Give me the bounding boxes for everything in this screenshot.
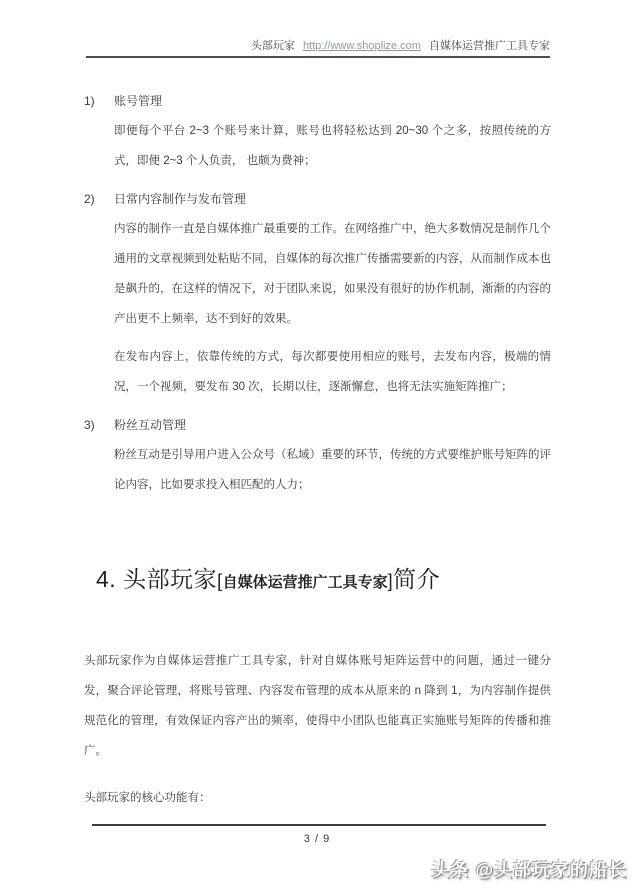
numbered-list: 1) 账号管理 即便每个平台 2~3 个账号来计算，账号也将轻松达到 20~30… bbox=[84, 84, 551, 508]
paragraph: 内容的制作一直是自媒体推广最重要的工作。在网络推广中，绝大多数情况是制作几个通用… bbox=[114, 214, 551, 334]
list-item: 2) 日常内容制作与发布管理 内容的制作一直是自媒体推广最重要的工作。在网络推广… bbox=[84, 184, 551, 402]
list-item-number: 2) bbox=[84, 184, 114, 214]
page-number: 3 / 9 bbox=[0, 833, 634, 845]
core-functions-lead: 头部玩家的核心功能有： bbox=[84, 788, 551, 808]
document-page: 头部玩家 http://www.shoplize.com 自媒体运营推广工具专家… bbox=[0, 0, 634, 896]
intro-paragraph: 头部玩家作为自媒体运营推广工具专家，针对自媒体账号矩阵运营中的问题，通过一键分发… bbox=[84, 646, 551, 766]
list-item-paragraphs: 即便每个平台 2~3 个账号来计算，账号也将轻松达到 20~30 个之多，按照传… bbox=[114, 116, 551, 176]
header-url-link[interactable]: http://www.shoplize.com bbox=[303, 40, 421, 52]
list-item-title: 账号管理 bbox=[114, 86, 551, 116]
header-divider bbox=[86, 56, 550, 58]
page-header: 头部玩家 http://www.shoplize.com 自媒体运营推广工具专家 bbox=[86, 37, 550, 53]
footer-divider bbox=[92, 824, 546, 826]
list-item: 3) 粉丝互动管理 粉丝互动是引导用户进入公众号（私域）重要的环节，传统的方式要… bbox=[84, 410, 551, 500]
list-item-title-row: 1) 账号管理 bbox=[84, 86, 551, 116]
section-heading-bracket-text: 自媒体运营推广工具专家 bbox=[223, 574, 388, 591]
section-heading-suffix: 简介 bbox=[393, 566, 440, 592]
list-item-title-row: 2) 日常内容制作与发布管理 bbox=[84, 184, 551, 214]
list-item-number: 1) bbox=[84, 86, 114, 116]
list-item-paragraphs: 内容的制作一直是自媒体推广最重要的工作。在网络推广中，绝大多数情况是制作几个通用… bbox=[114, 214, 551, 402]
paragraph: 粉丝互动是引导用户进入公众号（私域）重要的环节，传统的方式要维护账号矩阵的评论内… bbox=[114, 440, 551, 500]
paragraph: 在发布内容上，依靠传统的方式，每次都要使用相应的账号，去发布内容，极端的情况，一… bbox=[114, 342, 551, 402]
list-item-title-row: 3) 粉丝互动管理 bbox=[84, 410, 551, 440]
header-brand: 头部玩家 bbox=[251, 40, 295, 52]
list-item: 1) 账号管理 即便每个平台 2~3 个账号来计算，账号也将轻松达到 20~30… bbox=[84, 86, 551, 176]
header-tagline: 自媒体运营推广工具专家 bbox=[429, 40, 550, 52]
list-item-paragraphs: 粉丝互动是引导用户进入公众号（私域）重要的环节，传统的方式要维护账号矩阵的评论内… bbox=[114, 440, 551, 500]
paragraph: 即便每个平台 2~3 个账号来计算，账号也将轻松达到 20~30 个之多，按照传… bbox=[114, 116, 551, 176]
section-heading: 4. 头部玩家[自媒体运营推广工具专家]简介 bbox=[96, 561, 574, 594]
toutiao-watermark: 头条 @头部玩家的船长 bbox=[431, 856, 627, 882]
list-item-title: 粉丝互动管理 bbox=[114, 410, 551, 440]
section-heading-prefix: 4. 头部玩家 bbox=[96, 566, 217, 592]
list-item-title: 日常内容制作与发布管理 bbox=[114, 184, 551, 214]
list-item-number: 3) bbox=[84, 410, 114, 440]
